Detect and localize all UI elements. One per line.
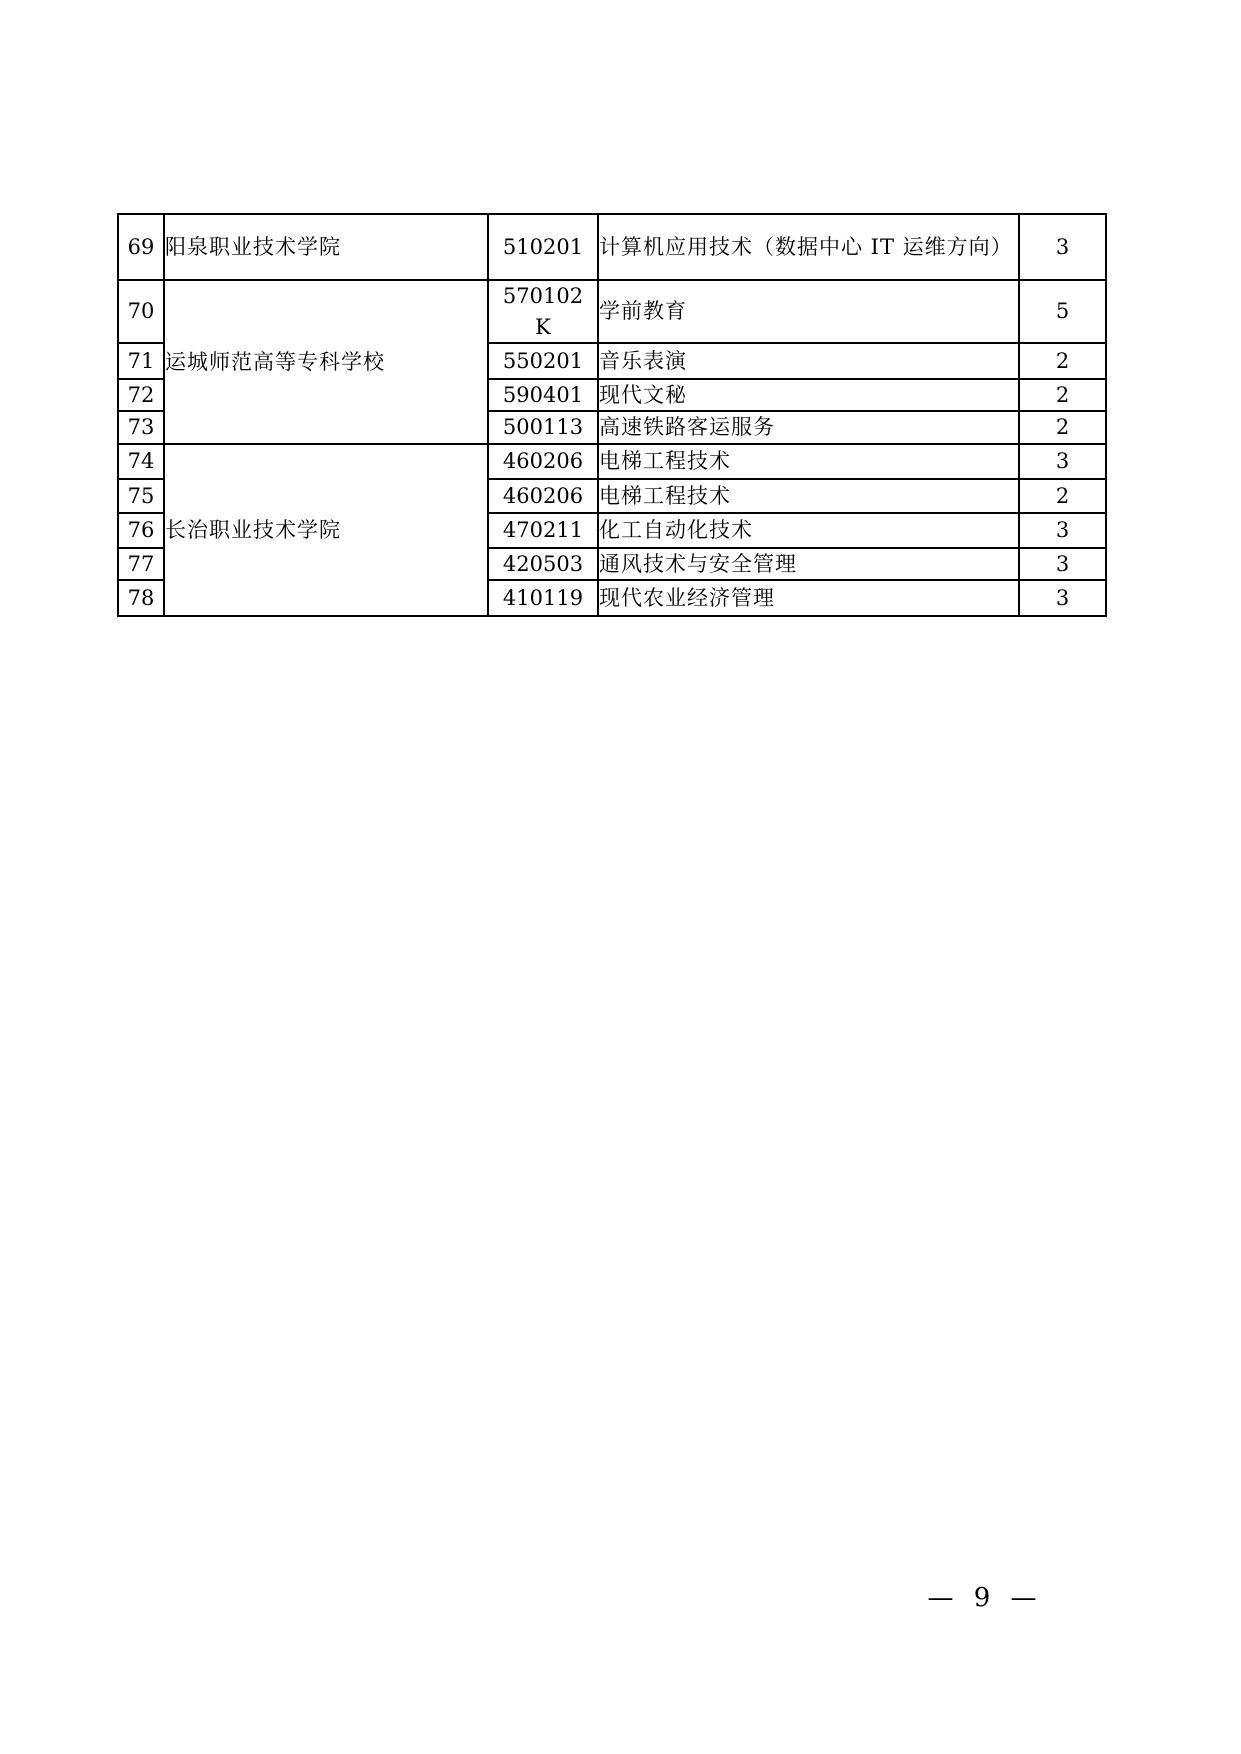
program-code-cell: 460206	[488, 444, 598, 479]
program-name-cell: 电梯工程技术	[598, 444, 1019, 479]
program-name-cell: 音乐表演	[598, 343, 1019, 379]
row-number-cell: 77	[118, 548, 164, 580]
row-number-cell: 75	[118, 479, 164, 513]
program-name-cell: 现代文秘	[598, 379, 1019, 411]
program-name-cell: 化工自动化技术	[598, 513, 1019, 548]
page-number: — 9 —	[880, 1583, 1090, 1613]
count-cell: 3	[1019, 548, 1106, 580]
program-code-line: 570102	[489, 281, 597, 311]
count-cell: 3	[1019, 513, 1106, 548]
count-cell: 2	[1019, 379, 1106, 411]
program-code-cell: 410119	[488, 580, 598, 616]
program-code-cell: 420503	[488, 548, 598, 580]
row-number-cell: 76	[118, 513, 164, 548]
program-code-cell: 460206	[488, 479, 598, 513]
program-name-cell: 通风技术与安全管理	[598, 548, 1019, 580]
program-code-cell: 550201	[488, 343, 598, 379]
program-code-cell: 470211	[488, 513, 598, 548]
count-cell: 2	[1019, 479, 1106, 513]
table-row: 74 长治职业技术学院 460206 电梯工程技术 3	[118, 444, 1106, 479]
document-page: 69 阳泉职业技术学院 510201 计算机应用技术（数据中心 IT 运维方向）…	[0, 0, 1241, 1754]
program-code-cell: 570102 K	[488, 280, 598, 343]
count-cell: 2	[1019, 343, 1106, 379]
program-name-cell: 电梯工程技术	[598, 479, 1019, 513]
school-name-cell: 阳泉职业技术学院	[164, 214, 488, 280]
program-approval-table: 69 阳泉职业技术学院 510201 计算机应用技术（数据中心 IT 运维方向）…	[117, 213, 1107, 617]
school-name-cell: 长治职业技术学院	[164, 444, 488, 616]
program-name-cell: 现代农业经济管理	[598, 580, 1019, 616]
row-number-cell: 71	[118, 343, 164, 379]
count-cell: 3	[1019, 580, 1106, 616]
row-number-cell: 70	[118, 280, 164, 343]
program-name-cell: 高速铁路客运服务	[598, 411, 1019, 443]
row-number-cell: 78	[118, 580, 164, 616]
program-name-cell: 计算机应用技术（数据中心 IT 运维方向）	[598, 214, 1019, 280]
table-row: 69 阳泉职业技术学院 510201 计算机应用技术（数据中心 IT 运维方向）…	[118, 214, 1106, 280]
row-number-cell: 74	[118, 444, 164, 479]
program-name-cell: 学前教育	[598, 280, 1019, 343]
program-code-line: K	[489, 312, 597, 342]
count-cell: 5	[1019, 280, 1106, 343]
program-code-cell: 500113	[488, 411, 598, 443]
program-code-cell: 510201	[488, 214, 598, 280]
school-name-cell: 运城师范高等专科学校	[164, 280, 488, 444]
count-cell: 3	[1019, 444, 1106, 479]
table-row: 70 运城师范高等专科学校 570102 K 学前教育 5	[118, 280, 1106, 343]
row-number-cell: 72	[118, 379, 164, 411]
count-cell: 3	[1019, 214, 1106, 280]
row-number-cell: 69	[118, 214, 164, 280]
program-code-cell: 590401	[488, 379, 598, 411]
count-cell: 2	[1019, 411, 1106, 443]
row-number-cell: 73	[118, 411, 164, 443]
